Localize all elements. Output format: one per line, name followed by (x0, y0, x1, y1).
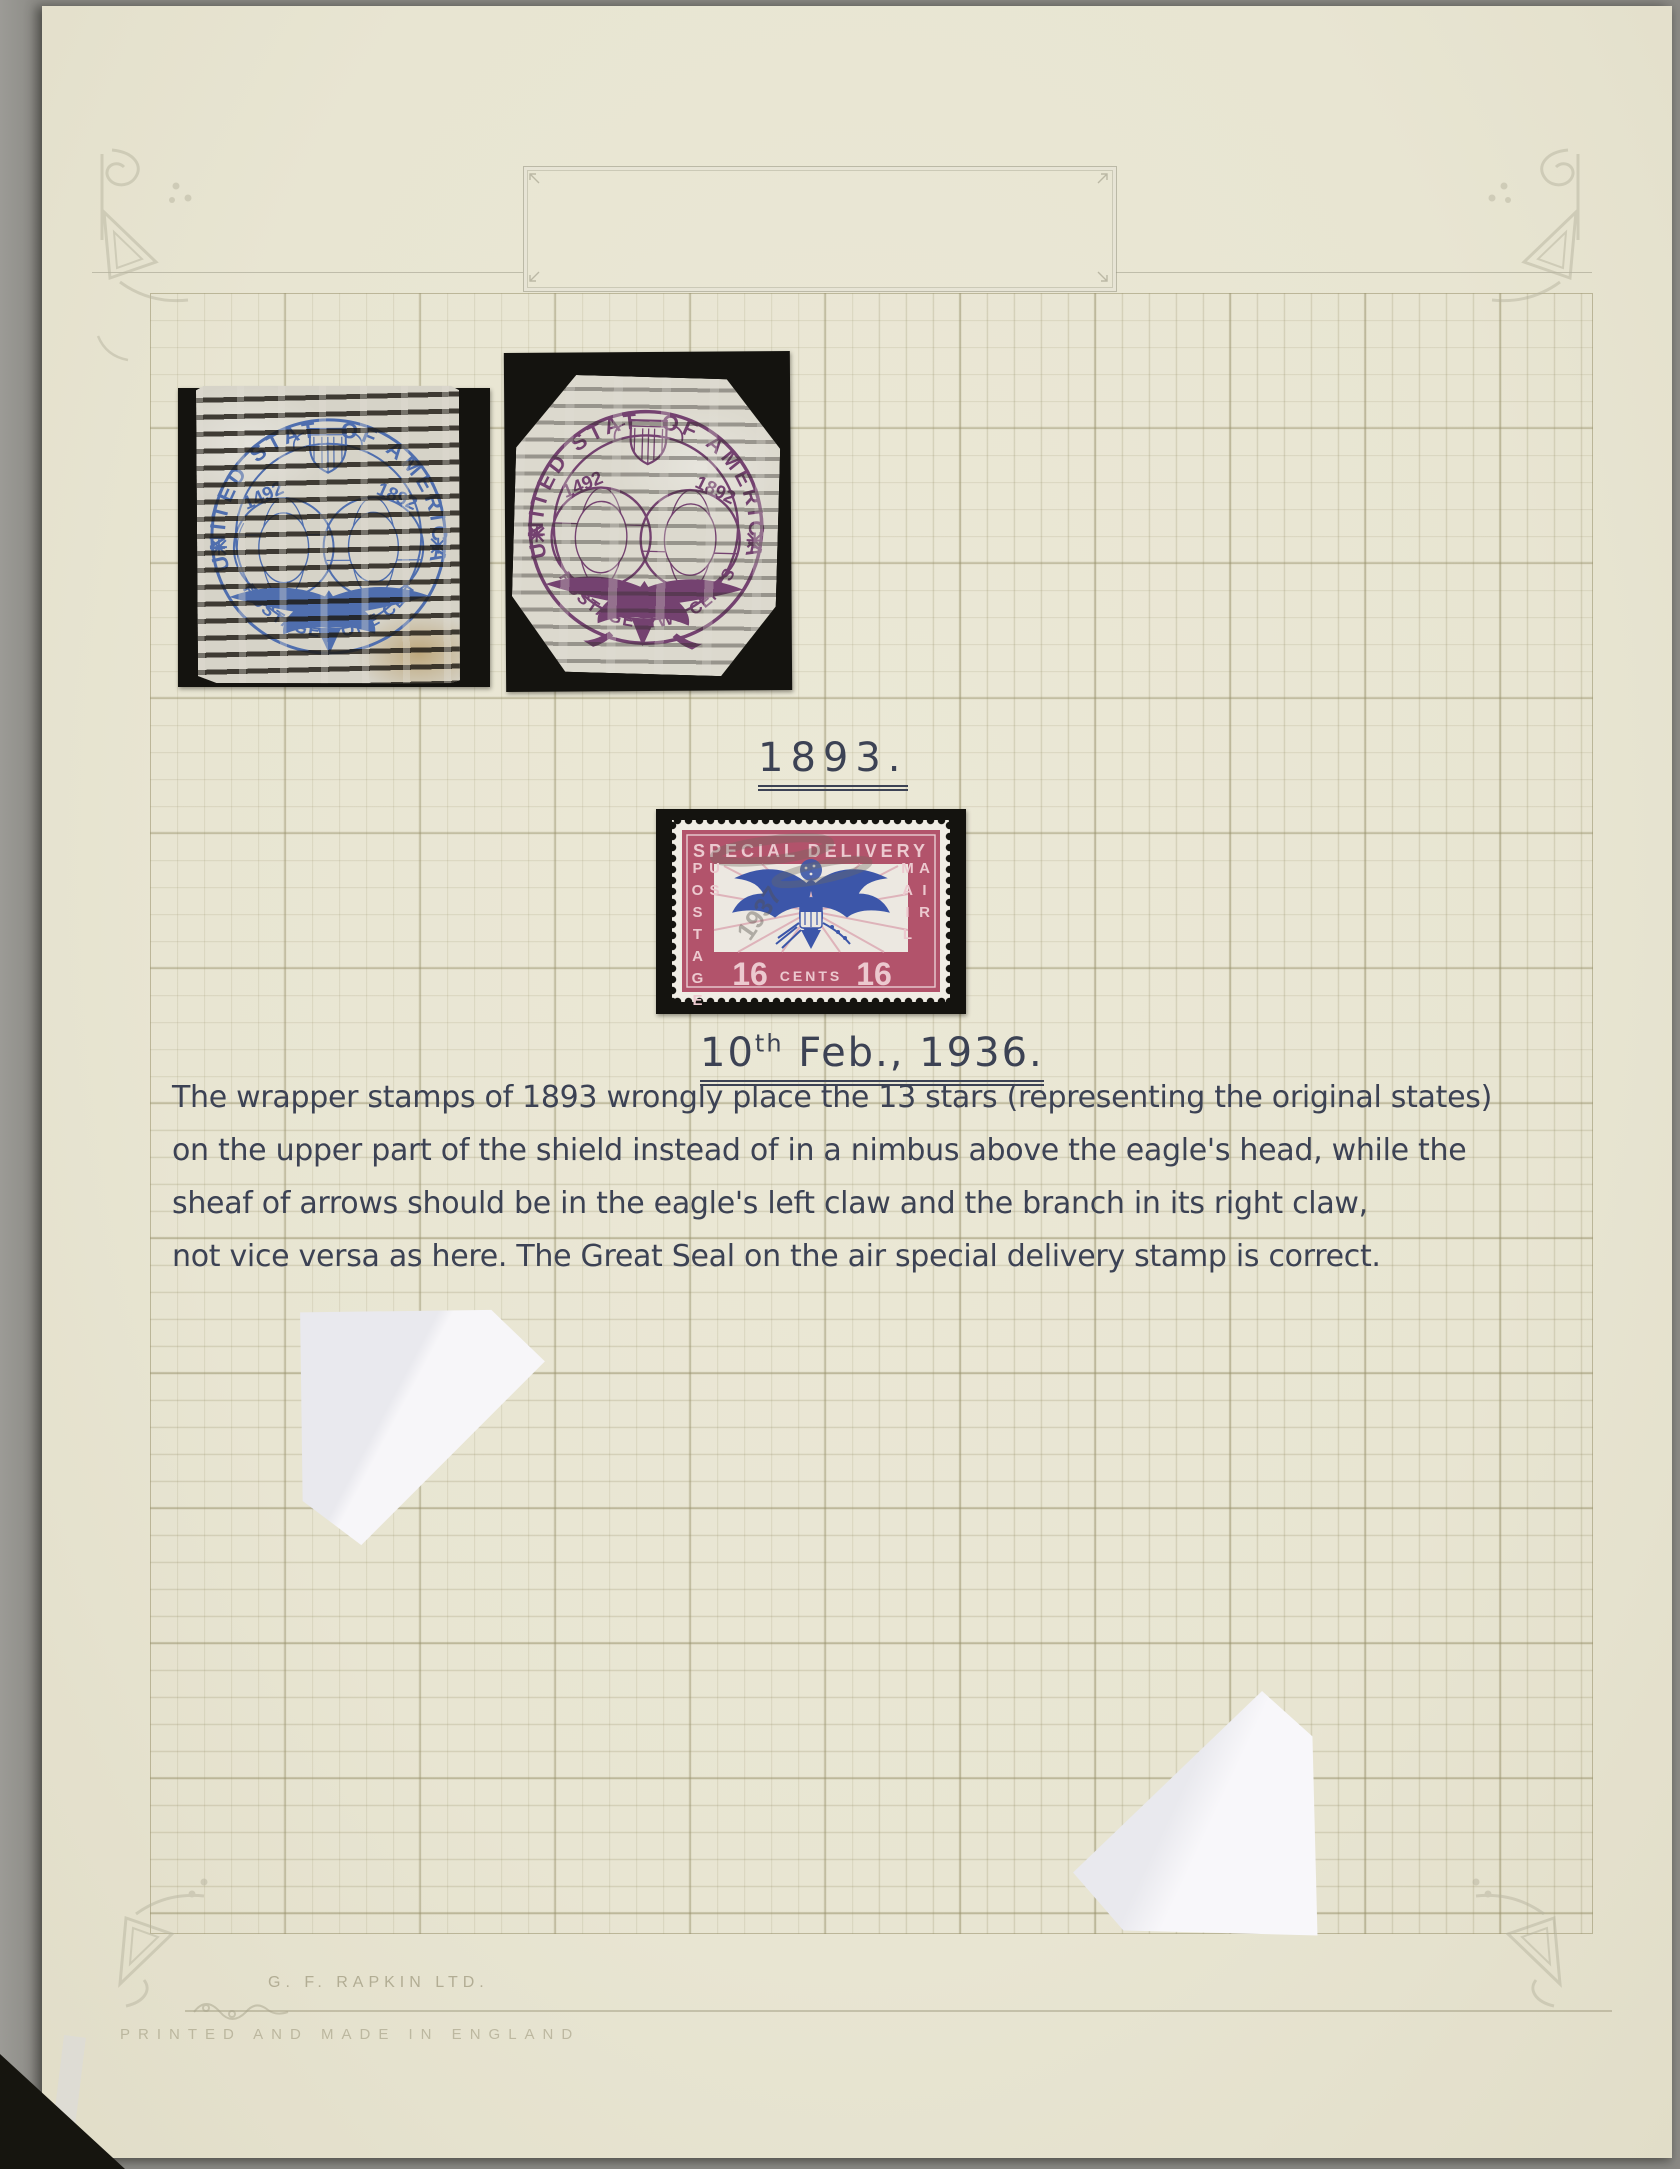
footer-curl-ornament (192, 1996, 292, 2026)
date-day: 10 (700, 1030, 755, 1076)
stamp-value-right: 16 (856, 956, 892, 992)
date-month: Feb., (784, 1030, 920, 1076)
corner-flourish-top-left (84, 140, 234, 394)
cancellation-bars (196, 384, 461, 685)
stamp-left-label: US POSTAGE (689, 860, 723, 972)
note-line-1: The wrapper stamps of 1893 wrongly place… (172, 1080, 1592, 1115)
printer-origin: PRINTED AND MADE IN ENGLAND (120, 2026, 580, 2043)
stamp-one-cent-wrapper: UNITED STATES OF AMERICA POSTAGE ONE CEN… (196, 384, 461, 685)
date-heading-year-part: 1936. (919, 1030, 1044, 1086)
date-heading-day-part: 10th Feb., (700, 1030, 919, 1086)
year-heading: 1893. (758, 735, 908, 781)
album-page-photo: UNITED STATES OF AMERICA POSTAGE ONE CEN… (0, 0, 1680, 2169)
note-line-2: on the upper part of the shield instead … (172, 1133, 1592, 1168)
panel-corner-mark (528, 172, 541, 185)
stamp-value-left: 16 (732, 956, 768, 992)
note-line-4: not vice versa as here. The Great Seal o… (172, 1239, 1592, 1274)
corner-flourish-top-right (1446, 140, 1596, 394)
stamp-two-cent-wrapper: UNITED STATES OF AMERICA POSTAGE TWO CEN… (510, 373, 782, 677)
corner-flourish-bottom-right (1430, 1850, 1580, 2014)
title-panel (523, 166, 1117, 292)
panel-corner-mark (528, 270, 541, 283)
cancellation-bars (510, 373, 782, 677)
footer-rule (185, 2010, 1612, 2012)
printer-name: G. F. RAPKIN LTD. (268, 1974, 489, 1992)
panel-corner-mark (1096, 172, 1109, 185)
corner-flourish-bottom-left (100, 1850, 250, 2014)
stamp-airmail-special-delivery: SPECIAL DELIVERY 16 16 CENTS 1937 US POS… (672, 820, 950, 1002)
note-line-3: sheaf of arrows should be in the eagle's… (172, 1186, 1592, 1221)
year-heading-text: 1893. (758, 735, 908, 791)
date-ordinal: th (755, 1030, 784, 1058)
stamp-right-label: AIR MAIL (899, 860, 933, 972)
stamp-cents-label: CENTS (780, 968, 842, 984)
date-heading: 10th Feb., 1936. (700, 1030, 1044, 1076)
panel-corner-mark (1096, 270, 1109, 283)
